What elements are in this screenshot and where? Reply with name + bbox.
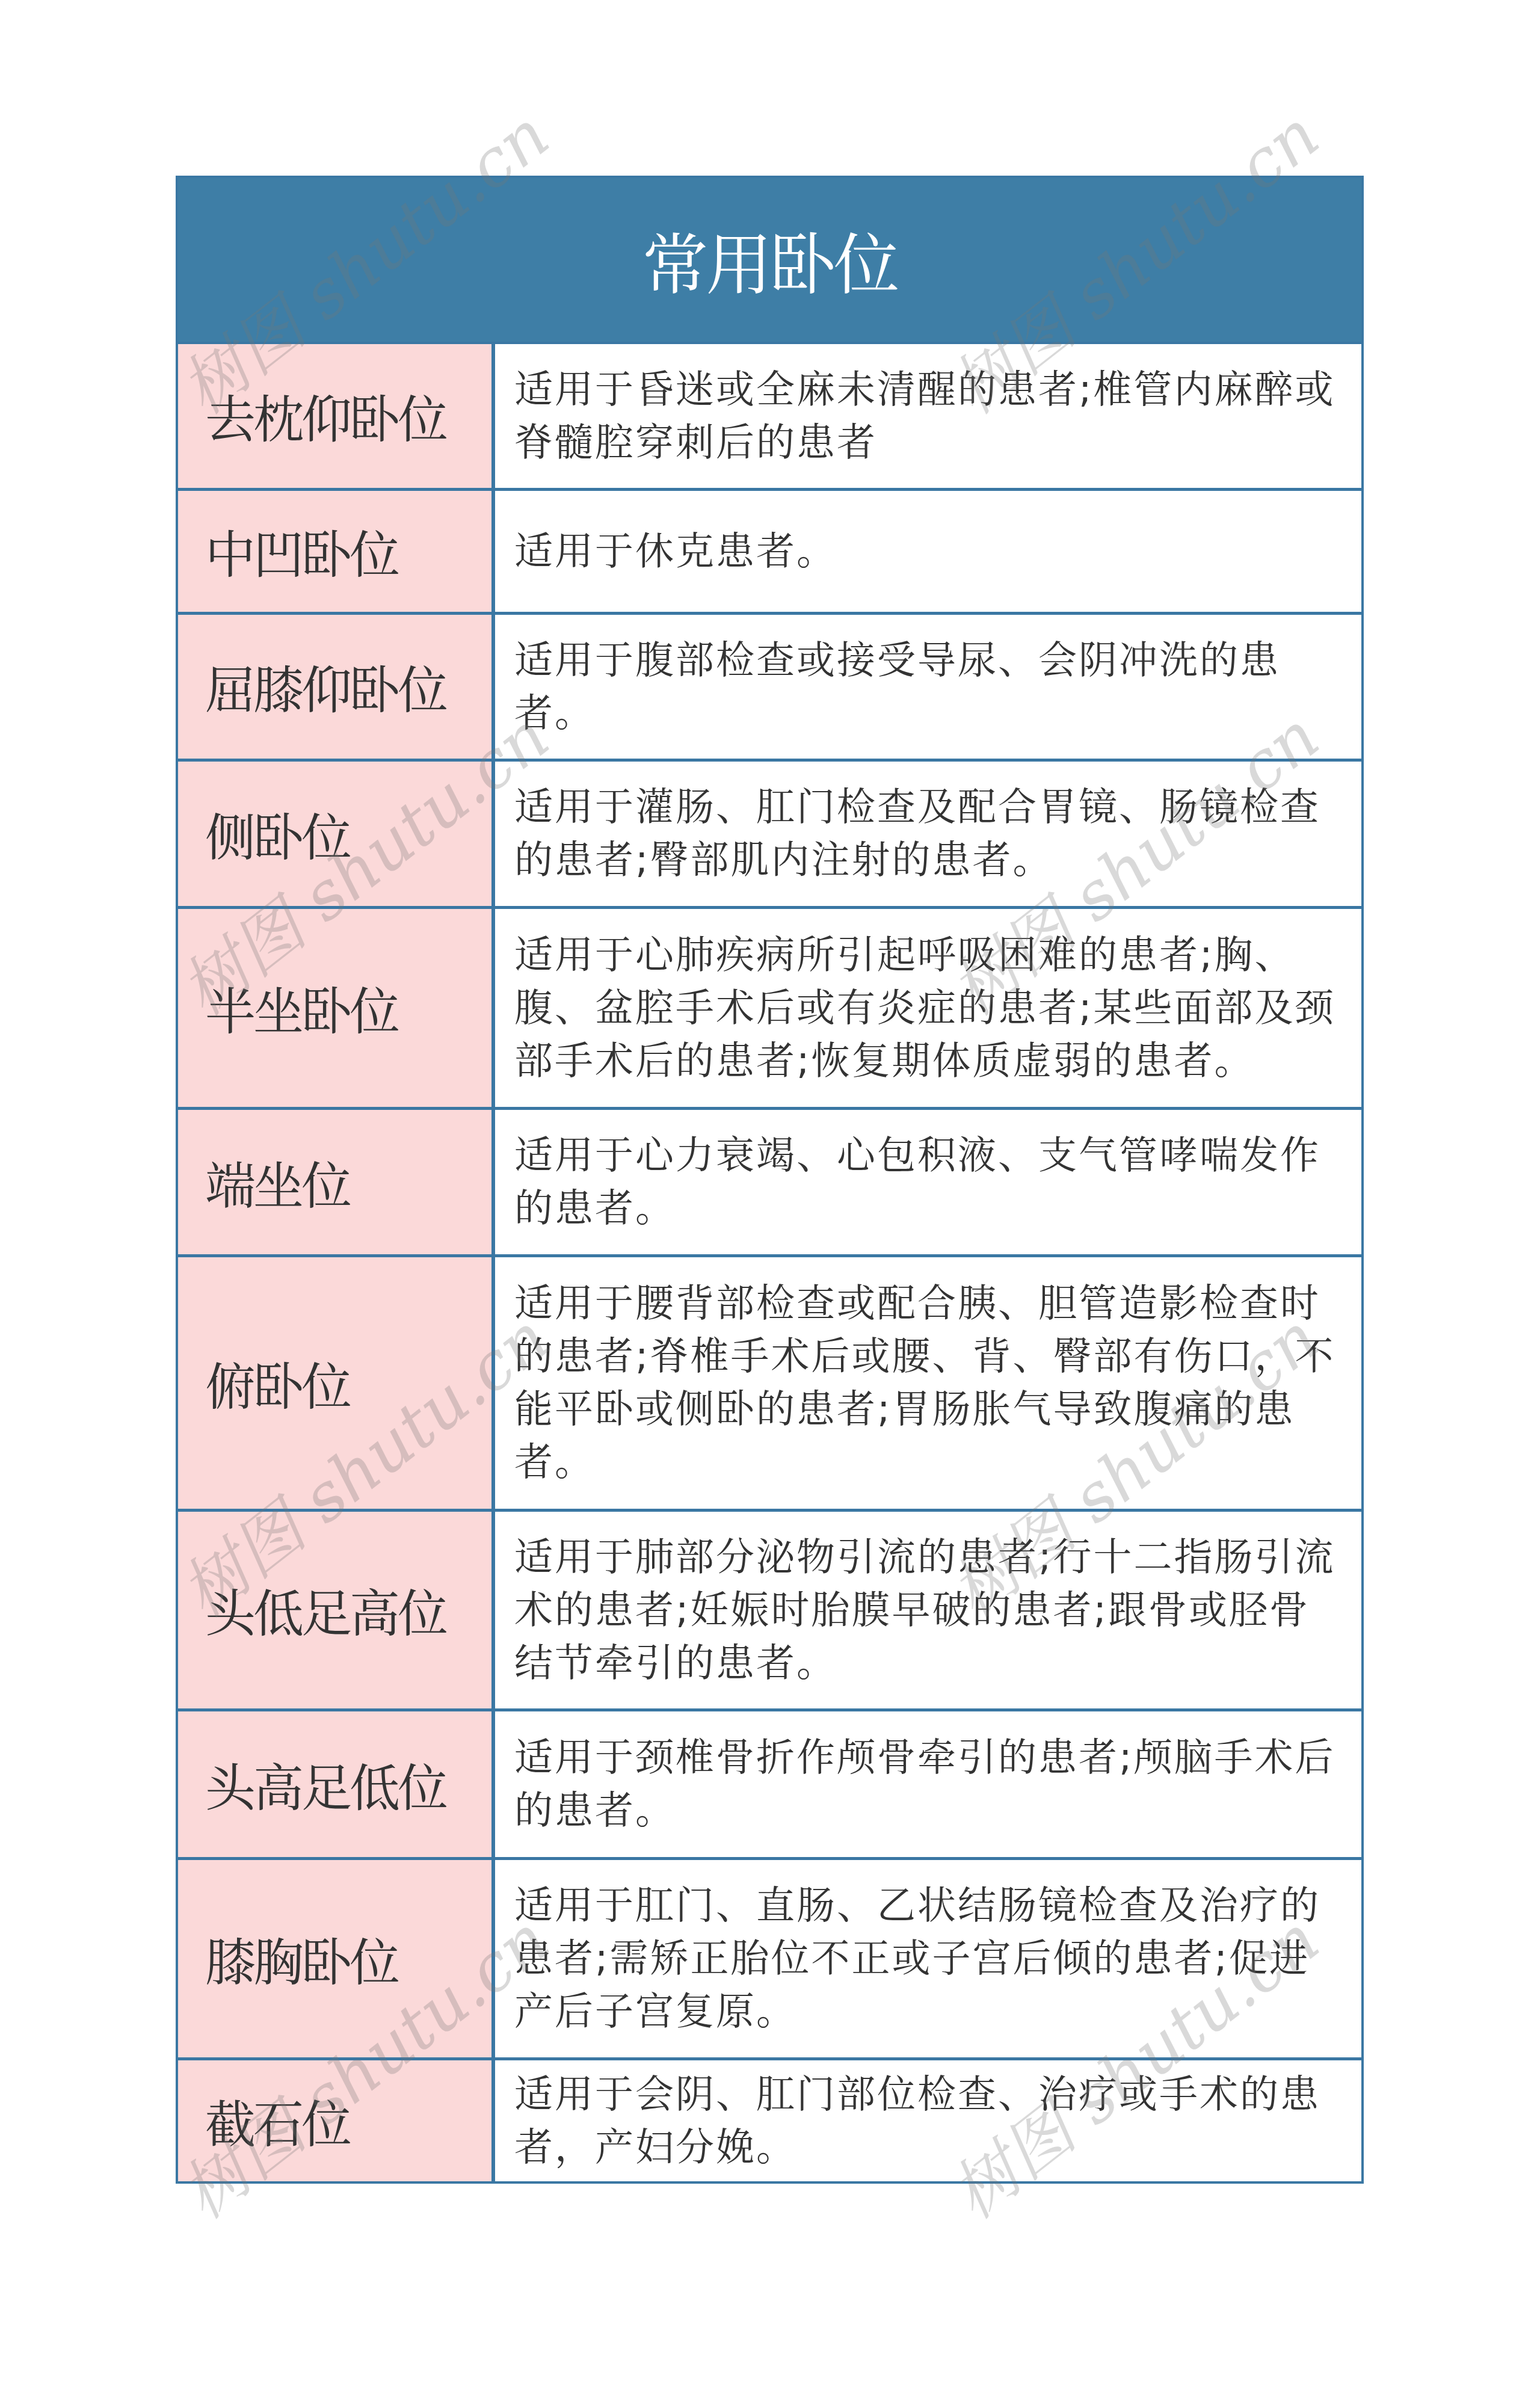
table-row: 中凹卧位 适用于休克患者。: [178, 491, 1361, 615]
row-description: 适用于肛门、直肠、乙状结肠镜检查及治疗的患者;需矫正胎位不正或子宫后倾的患者;促…: [495, 1860, 1361, 2057]
row-description: 适用于腰背部检查或配合胰、胆管造影检查时的患者;脊椎手术后或腰、背、臀部有伤口，…: [495, 1257, 1361, 1509]
table-row: 屈膝仰卧位 适用于腹部检查或接受导尿、会阴冲洗的患者。: [178, 615, 1361, 762]
table-row: 去枕仰卧位 适用于昏迷或全麻未清醒的患者;椎管内麻醉或脊髓腔穿刺后的患者: [178, 344, 1361, 491]
table-row: 端坐位 适用于心力衰竭、心包积液、支气管哮喘发作的患者。: [178, 1110, 1361, 1257]
row-description: 适用于休克患者。: [495, 491, 1361, 612]
table-row: 半坐卧位 适用于心肺疾病所引起呼吸困难的患者;胸、腹、盆腔手术后或有炎症的患者;…: [178, 909, 1361, 1110]
row-label: 中凹卧位: [178, 491, 495, 612]
row-label: 截石位: [178, 2060, 495, 2181]
row-description: 适用于腹部检查或接受导尿、会阴冲洗的患者。: [495, 615, 1361, 759]
table-row: 俯卧位 适用于腰背部检查或配合胰、胆管造影检查时的患者;脊椎手术后或腰、背、臀部…: [178, 1257, 1361, 1512]
row-label: 屈膝仰卧位: [178, 615, 495, 759]
row-description: 适用于肺部分泌物引流的患者;行十二指肠引流术的患者;妊娠时胎膜早破的患者;跟骨或…: [495, 1512, 1361, 1708]
table-row: 截石位 适用于会阴、肛门部位检查、治疗或手术的患者，产妇分娩。: [178, 2060, 1361, 2181]
row-label: 俯卧位: [178, 1257, 495, 1509]
positions-table: 常用卧位 去枕仰卧位 适用于昏迷或全麻未清醒的患者;椎管内麻醉或脊髓腔穿刺后的患…: [176, 176, 1364, 2184]
row-label: 侧卧位: [178, 762, 495, 906]
row-label: 半坐卧位: [178, 909, 495, 1107]
row-description: 适用于会阴、肛门部位检查、治疗或手术的患者，产妇分娩。: [495, 2060, 1361, 2181]
table-row: 膝胸卧位 适用于肛门、直肠、乙状结肠镜检查及治疗的患者;需矫正胎位不正或子宫后倾…: [178, 1860, 1361, 2060]
table-title: 常用卧位: [178, 178, 1361, 344]
row-description: 适用于灌肠、肛门检查及配合胃镜、肠镜检查的患者;臀部肌内注射的患者。: [495, 762, 1361, 906]
table-row: 侧卧位 适用于灌肠、肛门检查及配合胃镜、肠镜检查的患者;臀部肌内注射的患者。: [178, 762, 1361, 909]
table-row: 头高足低位 适用于颈椎骨折作颅骨牵引的患者;颅脑手术后的患者。: [178, 1711, 1361, 1860]
row-label: 去枕仰卧位: [178, 344, 495, 488]
row-label: 头高足低位: [178, 1711, 495, 1857]
row-description: 适用于心肺疾病所引起呼吸困难的患者;胸、腹、盆腔手术后或有炎症的患者;某些面部及…: [495, 909, 1361, 1107]
row-description: 适用于心力衰竭、心包积液、支气管哮喘发作的患者。: [495, 1110, 1361, 1254]
table-row: 头低足高位 适用于肺部分泌物引流的患者;行十二指肠引流术的患者;妊娠时胎膜早破的…: [178, 1512, 1361, 1711]
row-label: 头低足高位: [178, 1512, 495, 1708]
row-label: 膝胸卧位: [178, 1860, 495, 2057]
row-description: 适用于颈椎骨折作颅骨牵引的患者;颅脑手术后的患者。: [495, 1711, 1361, 1857]
row-description: 适用于昏迷或全麻未清醒的患者;椎管内麻醉或脊髓腔穿刺后的患者: [495, 344, 1361, 488]
row-label: 端坐位: [178, 1110, 495, 1254]
